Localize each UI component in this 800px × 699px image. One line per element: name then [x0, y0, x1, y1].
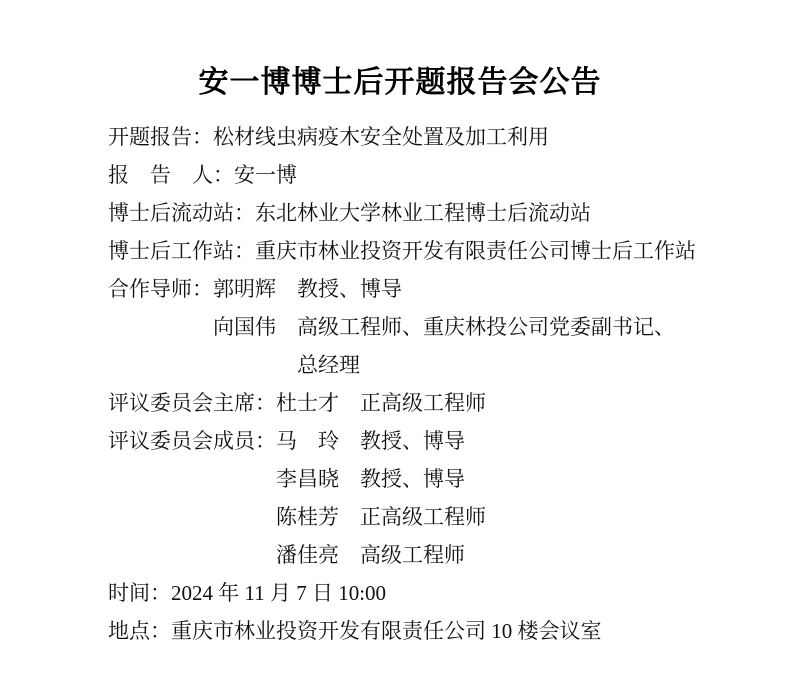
line-committee-member-3: 陈桂芳正高级工程师: [108, 498, 770, 536]
line-committee-member-4: 潘佳亮高级工程师: [108, 536, 770, 574]
person-name: 向国伟: [213, 308, 276, 346]
line-location: 地点：重庆市林业投资开发有限责任公司 10 楼会议室: [108, 612, 770, 650]
line-co-supervisor-2: 向国伟高级工程师、重庆林投公司党委副书记、: [108, 308, 770, 346]
document-page: 安一博博士后开题报告会公告 开题报告：松材线虫病疫木安全处置及加工利用 报 告 …: [0, 0, 800, 699]
line-presenter: 报 告 人：安一博: [108, 156, 770, 194]
field-label: 合作导师：: [108, 277, 213, 301]
line-workstation: 博士后工作站：重庆市林业投资开发有限责任公司博士后工作站: [108, 232, 770, 270]
field-value: 重庆市林业投资开发有限责任公司博士后工作站: [255, 239, 696, 263]
field-label: 地点：: [108, 619, 171, 643]
page-title: 安一博博士后开题报告会公告: [0, 0, 800, 102]
person-title: 正高级工程师: [360, 505, 486, 529]
field-label: 评议委员会成员：: [108, 429, 276, 453]
field-label: 开题报告：: [108, 125, 213, 149]
person-name: 马 玲: [276, 422, 339, 460]
person-title: 高级工程师、重庆林投公司党委副书记、: [297, 315, 675, 339]
field-label: 博士后流动站：: [108, 201, 255, 225]
person-title: 教授、博导: [297, 277, 402, 301]
field-value: 2024 年 11 月 7 日 10:00: [171, 581, 386, 605]
line-committee-member-1: 评议委员会成员：马 玲教授、博导: [108, 422, 770, 460]
field-value: 安一博: [234, 163, 297, 187]
person-name: 杜士才: [276, 384, 339, 422]
person-title: 教授、博导: [360, 467, 465, 491]
person-title: 总经理: [297, 353, 360, 377]
line-co-supervisor-2-continued: 总经理: [108, 346, 770, 384]
line-opening-report-topic: 开题报告：松材线虫病疫木安全处置及加工利用: [108, 118, 770, 156]
document-body: 开题报告：松材线虫病疫木安全处置及加工利用 报 告 人：安一博 博士后流动站：东…: [0, 118, 800, 650]
person-name: 陈桂芳: [276, 498, 339, 536]
field-value: 松材线虫病疫木安全处置及加工利用: [213, 125, 549, 149]
field-label: 报 告 人：: [108, 163, 234, 187]
person-name: 李昌晓: [276, 460, 339, 498]
field-value: 东北林业大学林业工程博士后流动站: [255, 201, 591, 225]
line-co-supervisor-1: 合作导师：郭明辉教授、博导: [108, 270, 770, 308]
line-committee-member-2: 李昌晓教授、博导: [108, 460, 770, 498]
person-title: 高级工程师: [360, 543, 465, 567]
person-name: 潘佳亮: [276, 536, 339, 574]
line-mobile-station: 博士后流动站：东北林业大学林业工程博士后流动站: [108, 194, 770, 232]
person-title: 正高级工程师: [360, 391, 486, 415]
field-value: 重庆市林业投资开发有限责任公司 10 楼会议室: [171, 619, 602, 643]
line-committee-chair: 评议委员会主席：杜士才正高级工程师: [108, 384, 770, 422]
field-label: 博士后工作站：: [108, 239, 255, 263]
field-label: 评议委员会主席：: [108, 391, 276, 415]
person-name: 郭明辉: [213, 270, 276, 308]
field-label: 时间：: [108, 581, 171, 605]
person-title: 教授、博导: [360, 429, 465, 453]
line-time: 时间：2024 年 11 月 7 日 10:00: [108, 574, 770, 612]
